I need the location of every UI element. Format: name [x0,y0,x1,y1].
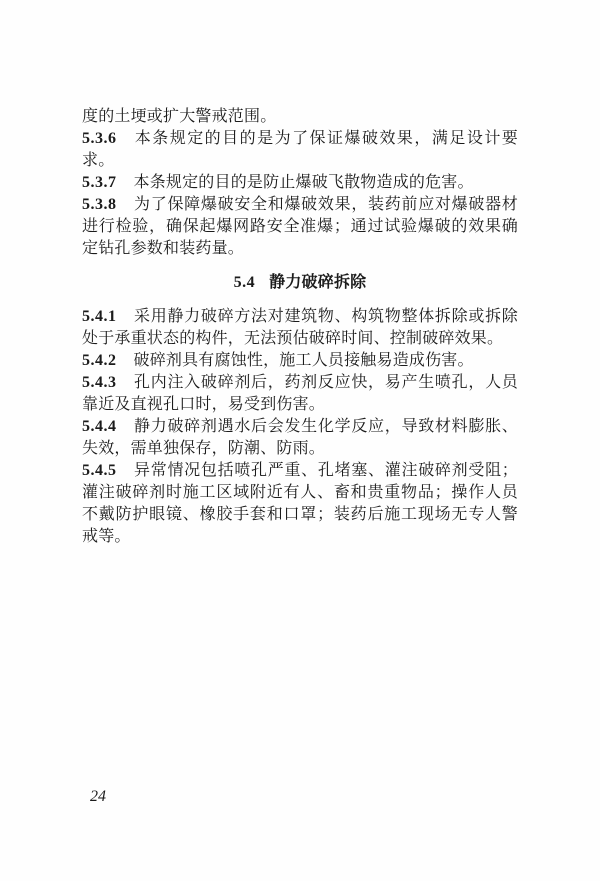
page-body: 度的土埂或扩大警戒范围。 5.3.6本条规定的目的是为了保证爆破效果，满足设计要… [82,106,518,548]
clause-5-4-1: 5.4.1采用静力破碎方法对建筑物、构筑物整体拆除或拆除处于承重状态的构件，无法… [82,306,518,350]
clause-text: 本条规定的目的是为了保证爆破效果，满足设计要求。 [82,130,518,169]
clause-5-4-4: 5.4.4静力破碎剂遇水后会发生化学反应，导致材料膨胀、失效，需单独保存，防潮、… [82,416,518,460]
paragraph-text: 度的土埂或扩大警戒范围。 [82,108,276,125]
clause-5-4-5: 5.4.5异常情况包括喷孔严重、孔堵塞、灌注破碎剂受阻；灌注破碎剂时施工区域附近… [82,460,518,548]
clause-number: 5.4.3 [82,374,134,391]
clause-text: 异常情况包括喷孔严重、孔堵塞、灌注破碎剂受阻；灌注破碎剂时施工区域附近有人、畜和… [82,462,518,545]
clause-5-4-2: 5.4.2破碎剂具有腐蚀性，施工人员接触易造成伤害。 [82,350,518,372]
clause-number: 5.3.6 [82,130,134,147]
section-heading-5-4: 5.4静力破碎拆除 [82,272,518,294]
section-heading-title: 静力破碎拆除 [269,274,366,291]
document-page: 度的土埂或扩大警戒范围。 5.3.6本条规定的目的是为了保证爆破效果，满足设计要… [0,0,600,881]
paragraph-continuation: 度的土埂或扩大警戒范围。 [82,106,518,128]
clause-text: 静力破碎剂遇水后会发生化学反应，导致材料膨胀、失效，需单独保存，防潮、防雨。 [82,418,518,457]
clause-text: 为了保障爆破安全和爆破效果，装药前应对爆破器材进行检验，确保起爆网路安全准爆；通… [82,196,518,257]
clause-text: 破碎剂具有腐蚀性，施工人员接触易造成伤害。 [134,352,474,369]
clause-text: 孔内注入破碎剂后，药剂反应快，易产生喷孔，人员靠近及直视孔口时，易受到伤害。 [82,374,518,413]
clause-text: 本条规定的目的是防止爆破飞散物造成的危害。 [134,174,474,191]
clause-number: 5.4.4 [82,418,134,435]
clause-5-3-7: 5.3.7本条规定的目的是防止爆破飞散物造成的危害。 [82,172,518,194]
clause-5-3-8: 5.3.8为了保障爆破安全和爆破效果，装药前应对爆破器材进行检验，确保起爆网路安… [82,194,518,260]
clause-number: 5.4.2 [82,352,134,369]
section-heading-number: 5.4 [234,274,270,291]
clause-number: 5.4.5 [82,462,134,479]
clause-number: 5.3.7 [82,174,134,191]
clause-text: 采用静力破碎方法对建筑物、构筑物整体拆除或拆除处于承重状态的构件，无法预估破碎时… [82,308,518,347]
clause-5-3-6: 5.3.6本条规定的目的是为了保证爆破效果，满足设计要求。 [82,128,518,172]
clause-number: 5.3.8 [82,196,134,213]
clause-5-4-3: 5.4.3孔内注入破碎剂后，药剂反应快，易产生喷孔，人员靠近及直视孔口时，易受到… [82,372,518,416]
page-number: 24 [90,788,106,806]
clause-number: 5.4.1 [82,308,134,325]
